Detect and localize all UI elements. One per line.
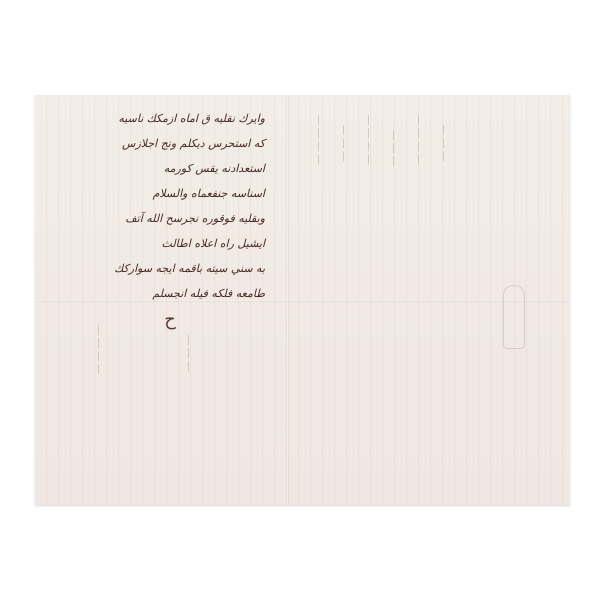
- faint-stamp-mark: [503, 285, 525, 349]
- bleed-through-column: ـــ ـــ ـــ ـــ: [315, 115, 328, 164]
- bleed-through-column: ـــ ـــ ـــ ـــ: [365, 115, 378, 164]
- bleed-through-column: ـــ ـــ ـــ ـــ: [95, 325, 108, 374]
- letter-paper: ـــ ـــ ـــ ـــ ـــ ـــ ـــ ـــ ـــ ـــ …: [35, 95, 570, 505]
- script-line: وبقليه فوقوره نجرسح الله آتف: [75, 213, 265, 224]
- bleed-through-column: ـــ ـــ ـــ: [185, 335, 198, 371]
- script-line: اسناسه جنفعماه والسلام: [75, 188, 265, 199]
- signature: ح: [75, 309, 265, 330]
- bleed-through-column: ـــ ـــ ـــ ـــ: [415, 115, 428, 164]
- bleed-through-column: ـــ ـــ ـــ: [440, 125, 453, 161]
- script-line: ايشيل راه اعلاه اطالث: [75, 238, 265, 249]
- handwritten-text-block: وايرك نقليه ق اماه ازمكك ناسيه كه استحرس…: [75, 113, 265, 330]
- script-line: به سني سيته باقمه ايجه سواركك: [75, 263, 265, 274]
- script-line: وايرك نقليه ق اماه ازمكك ناسيه: [75, 113, 265, 124]
- script-line: استعدادنه يقس كورمه: [75, 163, 265, 174]
- script-line: طامعه فلكه فيله انجسلم: [75, 288, 265, 299]
- script-line: كه استحرس ديكلم ونج اجلازس: [75, 138, 265, 149]
- bleed-through-column: ـــ ـــ ـــ: [340, 125, 353, 161]
- bleed-through-column: ـــ ـــ ـــ: [390, 130, 403, 166]
